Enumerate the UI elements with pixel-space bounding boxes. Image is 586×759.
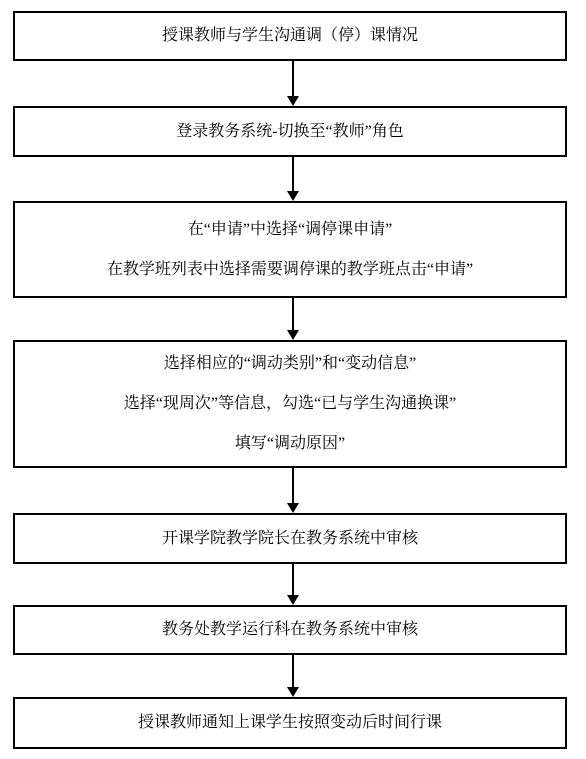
flowchart-canvas: 授课教师与学生沟通调（停）课情况 登录教务系统-切换至“教师”角色 在“申请”中…	[0, 0, 586, 759]
arrow-head-icon	[287, 191, 299, 201]
flow-step-6-text: 教务处教学运行科在教务系统中审核	[162, 610, 418, 650]
arrow-head-icon	[287, 595, 299, 605]
arrow-shaft	[292, 61, 294, 97]
flow-arrow-5	[286, 564, 299, 605]
flow-step-4: 选择相应的“调动类别”和“变动信息” 选择“现周次”等信息，勾选“已与学生沟通换…	[13, 340, 567, 468]
flow-arrow-4	[286, 468, 299, 513]
flow-arrow-1	[286, 61, 299, 106]
arrow-head-icon	[287, 330, 299, 340]
arrow-head-icon	[287, 687, 299, 697]
flow-step-5: 开课学院教学院长在教务系统中审核	[13, 513, 567, 564]
flow-step-1-text: 授课教师与学生沟通调（停）课情况	[162, 16, 418, 56]
flow-step-4-text-line-3: 填写“调动原因”	[235, 424, 345, 464]
arrow-head-icon	[287, 503, 299, 513]
flow-step-4-text-line-1: 选择相应的“调动类别”和“变动信息”	[164, 344, 416, 384]
flow-step-1: 授课教师与学生沟通调（停）课情况	[13, 11, 567, 61]
flow-step-5-text: 开课学院教学院长在教务系统中审核	[162, 519, 418, 559]
flow-step-3-text-line-2: 在教学班列表中选择需要调停课的教学班点击“申请”	[107, 250, 473, 290]
flow-step-6: 教务处教学运行科在教务系统中审核	[13, 605, 567, 655]
flow-step-4-text-line-2: 选择“现周次”等信息，勾选“已与学生沟通换课”	[124, 384, 456, 424]
arrow-shaft	[292, 468, 294, 504]
flow-step-2: 登录教务系统-切换至“教师”角色	[13, 106, 567, 157]
flow-step-3-text-line-1: 在“申请”中选择“调停课申请”	[188, 210, 392, 250]
flow-arrow-3	[286, 298, 299, 340]
arrow-head-icon	[287, 96, 299, 106]
arrow-shaft	[292, 655, 294, 688]
arrow-shaft	[292, 564, 294, 596]
flow-arrow-6	[286, 655, 299, 697]
flow-step-7-text: 授课教师通知上课学生按照变动后时间行课	[138, 703, 442, 743]
arrow-shaft	[292, 298, 294, 331]
flow-step-7: 授课教师通知上课学生按照变动后时间行课	[13, 697, 567, 749]
arrow-shaft	[292, 157, 294, 192]
flow-step-3: 在“申请”中选择“调停课申请” 在教学班列表中选择需要调停课的教学班点击“申请”	[13, 201, 567, 298]
flow-arrow-2	[286, 157, 299, 201]
flow-step-2-text: 登录教务系统-切换至“教师”角色	[176, 112, 404, 152]
